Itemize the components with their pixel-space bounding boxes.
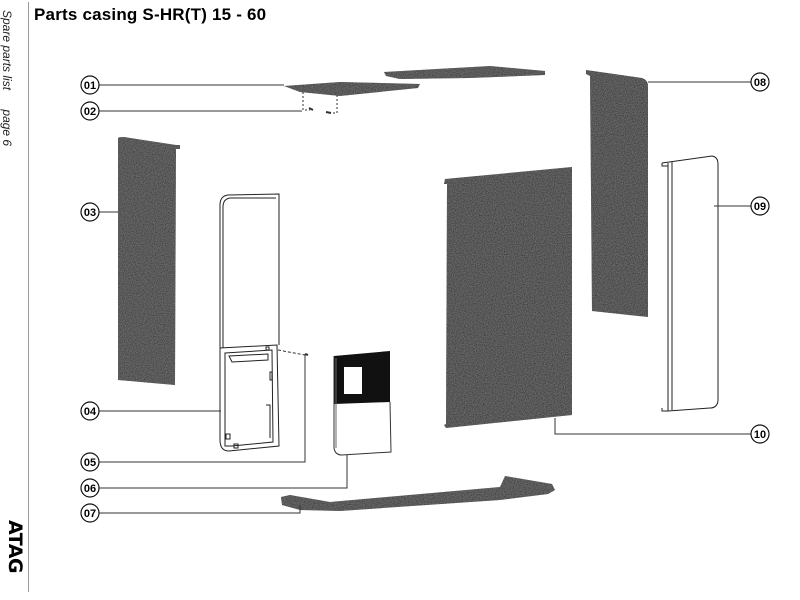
part-right-side-panel [586, 70, 648, 317]
callout-03[interactable]: 03 [81, 203, 99, 221]
svg-text:03: 03 [84, 207, 96, 219]
svg-text:04: 04 [84, 406, 97, 418]
part-screw [278, 350, 308, 355]
callout-05[interactable]: 05 [81, 453, 99, 471]
callout-01[interactable]: 01 [81, 76, 99, 94]
svg-text:08: 08 [754, 77, 766, 89]
svg-text:06: 06 [84, 483, 96, 495]
part-front-panel-frame [220, 194, 279, 451]
svg-text:05: 05 [84, 457, 96, 469]
callout-08[interactable]: 08 [751, 73, 769, 91]
leader-lines [99, 82, 751, 513]
part-display-cover [334, 351, 391, 455]
svg-text:01: 01 [84, 80, 96, 92]
part-bottom-trim [281, 476, 555, 511]
svg-text:10: 10 [754, 429, 766, 441]
callout-04[interactable]: 04 [81, 402, 99, 420]
callout-10[interactable]: 10 [751, 425, 769, 443]
svg-text:07: 07 [84, 508, 96, 520]
svg-text:02: 02 [84, 106, 96, 118]
callout-02[interactable]: 02 [81, 102, 99, 120]
callout-07[interactable]: 07 [81, 504, 99, 522]
part-right-front-cover [662, 156, 718, 411]
part-rear-panel [444, 167, 572, 428]
svg-text:09: 09 [754, 201, 766, 213]
callout-06[interactable]: 06 [81, 479, 99, 497]
exploded-parts-diagram: 01 02 03 04 05 06 07 08 09 10 [0, 0, 800, 600]
callout-09[interactable]: 09 [751, 197, 769, 215]
part-left-side-panel [118, 137, 180, 385]
part-top-cover [284, 66, 545, 96]
